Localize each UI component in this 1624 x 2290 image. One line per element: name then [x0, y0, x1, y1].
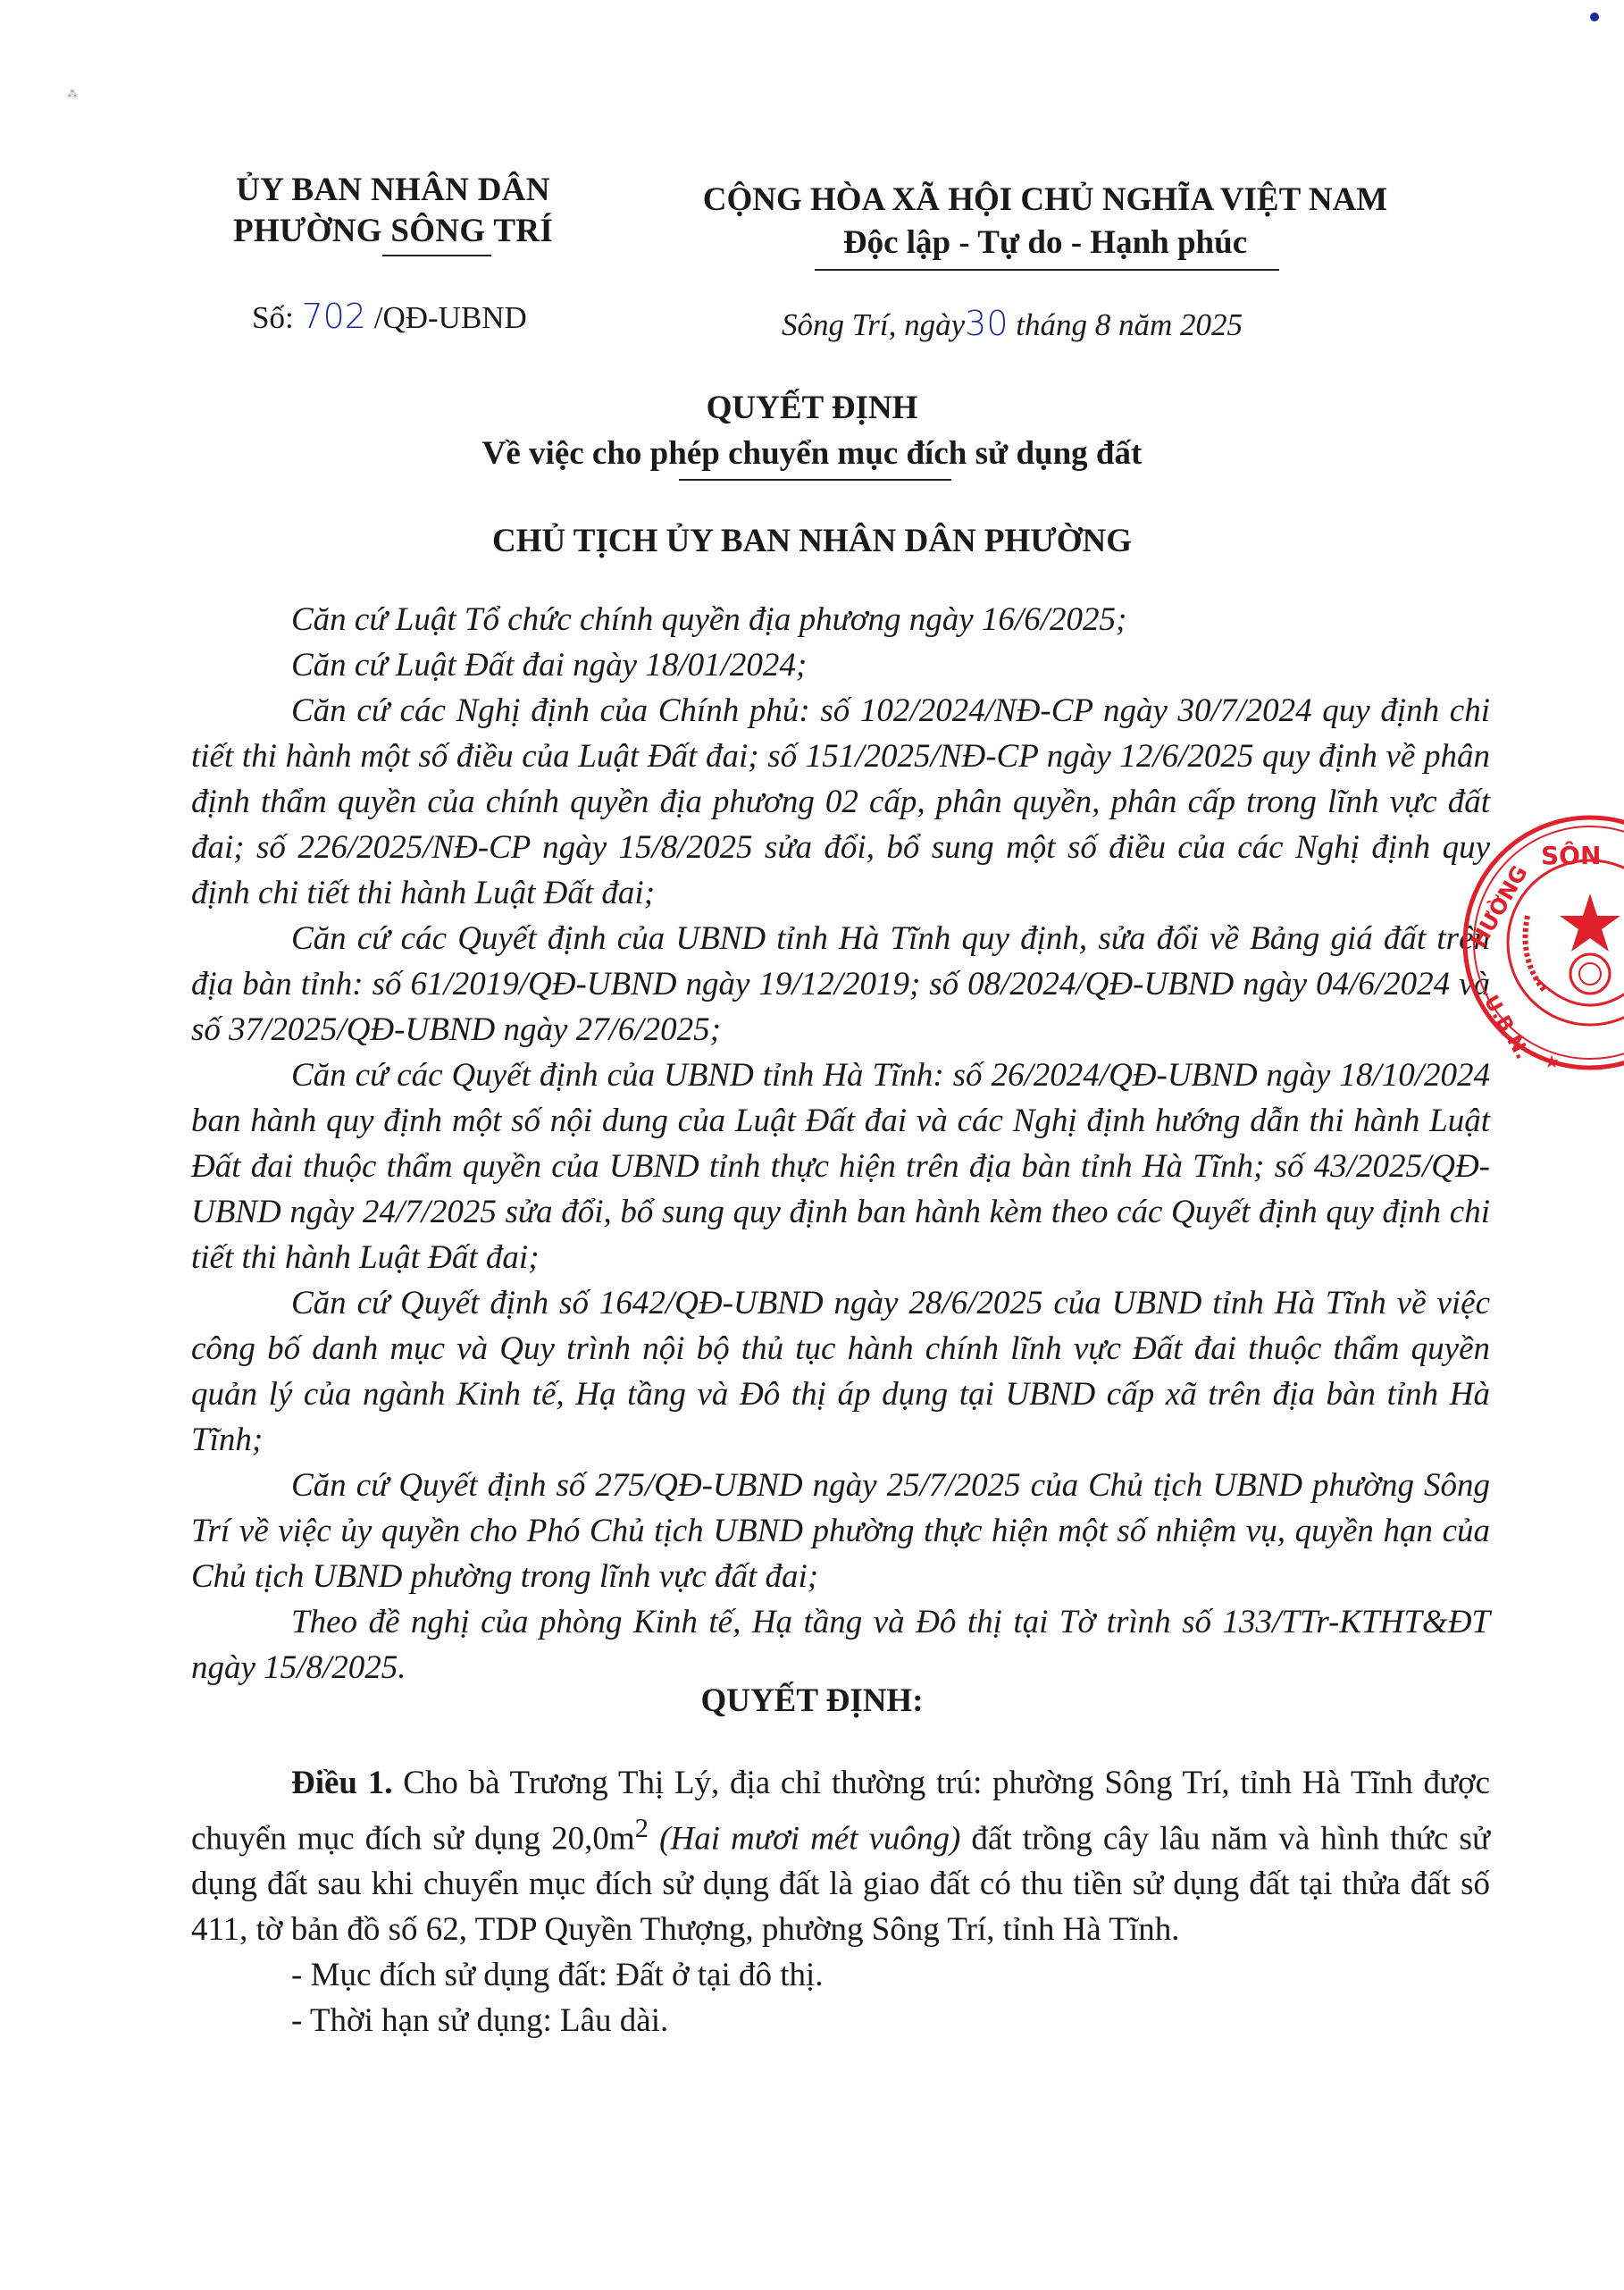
legal-basis: Theo đề nghị của phòng Kinh tế, Hạ tầng …: [191, 1599, 1490, 1690]
document-subject: Về việc cho phép chuyển mục đích sử dụng…: [0, 434, 1624, 473]
area-in-words: (Hai mươi mét vuông): [659, 1820, 960, 1857]
legal-basis: Căn cứ các Nghị định của Chính phủ: số 1…: [191, 688, 1490, 916]
legal-basis: Căn cứ Luật Đất đai ngày 18/01/2024;: [191, 642, 1490, 688]
place-date: Sông Trí, ngày30 tháng 8 năm 2025: [782, 304, 1243, 343]
document-number: Số: 702 /QĐ-UBND: [252, 297, 527, 336]
day-handwritten: 30: [965, 304, 1008, 343]
article-1-body: Điều 1. Cho bà Trương Thị Lý, địa chỉ th…: [191, 1760, 1490, 1952]
official-seal-icon: SÔN HƯỜNG U.B.N. ★: [1456, 809, 1624, 1077]
article-label: Điều 1.: [291, 1765, 392, 1801]
doc-number-suffix: /QĐ-UBND: [374, 300, 527, 335]
article-bullet: - Thời hạn sử dụng: Lâu dài.: [191, 1998, 1490, 2043]
issuing-agency: ỦY BAN NHÂN DÂN PHƯỜNG SÔNG TRÍ: [188, 170, 599, 252]
nation-line-1: CỘNG HÒA XÃ HỘI CHỦ NGHĨA VIỆT NAM: [661, 179, 1429, 222]
agency-underline: [382, 255, 491, 256]
place-date-prefix: Sông Trí, ngày: [782, 307, 965, 342]
ink-dot: [1590, 13, 1599, 21]
agency-line-1: ỦY BAN NHÂN DÂN: [188, 170, 599, 211]
svg-text:SÔN: SÔN: [1541, 840, 1601, 870]
decision-heading: QUYẾT ĐỊNH:: [0, 1682, 1624, 1720]
doc-number-handwritten: 702: [301, 297, 366, 336]
legal-basis: Căn cứ các Quyết định của UBND tỉnh Hà T…: [191, 916, 1490, 1053]
svg-text:★: ★: [1544, 1053, 1560, 1072]
issuing-authority: CHỦ TỊCH ỦY BAN NHÂN DÂN PHƯỜNG: [0, 522, 1624, 560]
area-superscript: 2: [635, 1813, 649, 1843]
legal-basis: Căn cứ Quyết định số 275/QĐ-UBND ngày 25…: [191, 1463, 1490, 1599]
legal-basis: Căn cứ Quyết định số 1642/QĐ-UBND ngày 2…: [191, 1280, 1490, 1463]
agency-line-2: PHƯỜNG SÔNG TRÍ: [188, 211, 599, 252]
document-type: QUYẾT ĐỊNH: [0, 389, 1624, 427]
article-1: Điều 1. Cho bà Trương Thị Lý, địa chỉ th…: [191, 1760, 1490, 2043]
doc-number-prefix: Số:: [252, 300, 294, 335]
svg-text:U.B.N.: U.B.N.: [1479, 992, 1534, 1063]
place-date-suffix: tháng 8 năm 2025: [1016, 307, 1243, 342]
svg-text:HƯỜNG: HƯỜNG: [1464, 860, 1532, 952]
scan-specks: ⁂: [67, 88, 78, 101]
legal-bases: Căn cứ Luật Tổ chức chính quyền địa phươ…: [191, 597, 1490, 1690]
nation-line-2: Độc lập - Tự do - Hạnh phúc: [661, 222, 1429, 264]
legal-basis: Căn cứ các Quyết định của UBND tỉnh Hà T…: [191, 1053, 1490, 1280]
national-motto: CỘNG HÒA XÃ HỘI CHỦ NGHĨA VIỆT NAM Độc l…: [661, 179, 1429, 264]
article-bullet: - Mục đích sử dụng đất: Đất ở tại đô thị…: [191, 1952, 1490, 1998]
subject-underline: [679, 479, 951, 481]
legal-basis: Căn cứ Luật Tổ chức chính quyền địa phươ…: [191, 597, 1490, 642]
motto-underline: [815, 269, 1279, 271]
